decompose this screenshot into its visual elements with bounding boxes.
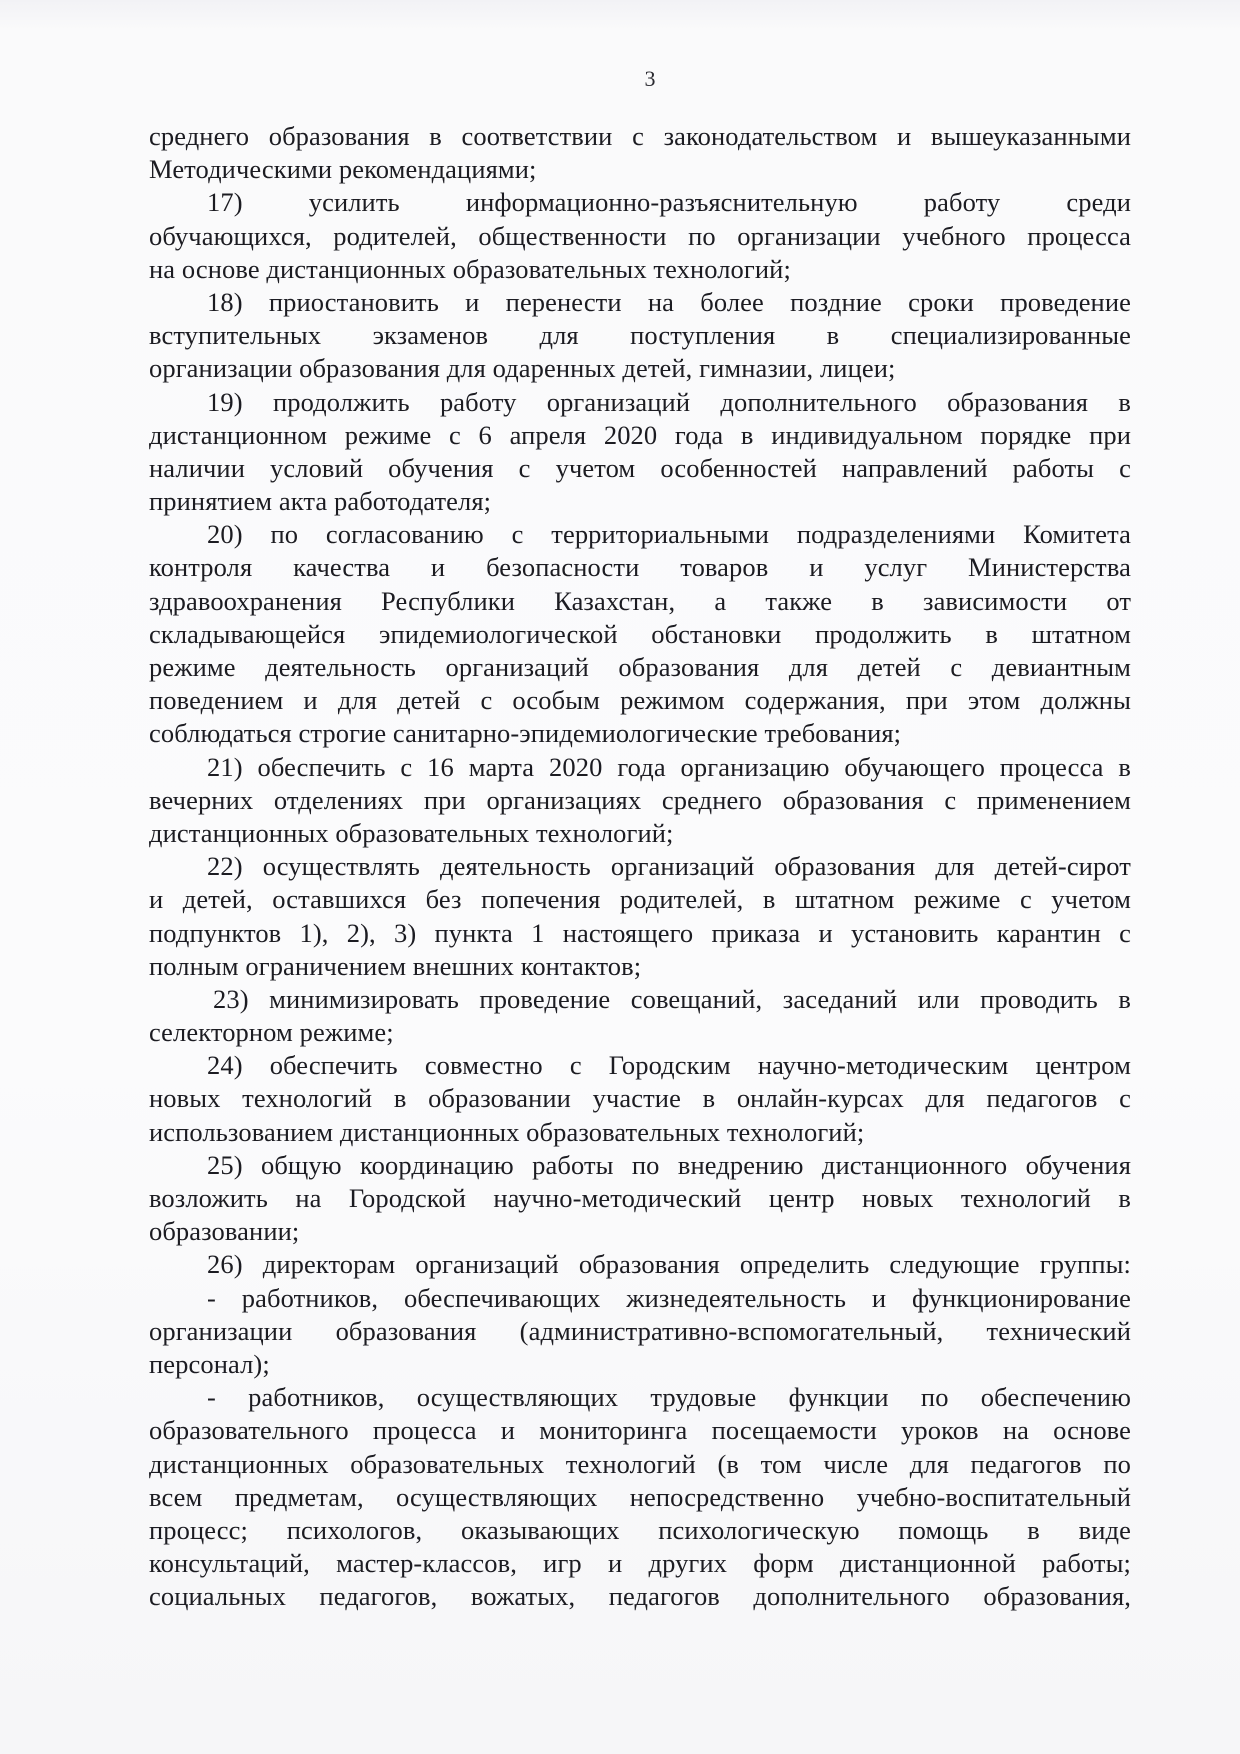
text-line: режиме деятельность организаций образова… bbox=[149, 651, 1131, 684]
text-line: вечерних отделениях при организациях сре… bbox=[149, 784, 1131, 817]
text-line: образовательного процесса и мониторинга … bbox=[149, 1414, 1131, 1447]
text-line: на основе дистанционных образовательных … bbox=[149, 253, 1131, 286]
text-line: соблюдаться строгие санитарно-эпидемиоло… bbox=[149, 717, 1131, 750]
text-line: социальных педагогов, вожатых, педагогов… bbox=[149, 1580, 1131, 1613]
text-line: 24) обеспечить совместно с Городским нау… bbox=[149, 1049, 1131, 1082]
text-line: и детей, оставшихся без попечения родите… bbox=[149, 883, 1131, 916]
text-line: персонал); bbox=[149, 1348, 1131, 1381]
text-line: использованием дистанционных образовател… bbox=[149, 1116, 1131, 1149]
text-line: обучающихся, родителей, общественности п… bbox=[149, 220, 1131, 253]
text-line: 23) минимизировать проведение совещаний,… bbox=[149, 983, 1131, 1016]
text-line: наличии условий обучения с учетом особен… bbox=[149, 452, 1131, 485]
text-line: полным ограничением внешних контактов; bbox=[149, 950, 1131, 983]
text-line: консультаций, мастер-классов, игр и друг… bbox=[149, 1547, 1131, 1580]
text-line: 25) общую координацию работы по внедрени… bbox=[149, 1149, 1131, 1182]
text-line: здравоохранения Республики Казахстан, а … bbox=[149, 585, 1131, 618]
text-line: процесс; психологов, оказывающих психоло… bbox=[149, 1514, 1131, 1547]
text-line: 18) приостановить и перенести на более п… bbox=[149, 286, 1131, 319]
text-line: всем предметам, осуществляющих непосредс… bbox=[149, 1481, 1131, 1514]
text-line: 20) по согласованию с территориальными п… bbox=[149, 518, 1131, 551]
text-line: поведением и для детей с особым режимом … bbox=[149, 684, 1131, 717]
text-line: селекторном режиме; bbox=[149, 1016, 1131, 1049]
text-line: 22) осуществлять деятельность организаци… bbox=[149, 850, 1131, 883]
text-line: Методическими рекомендациями; bbox=[149, 153, 1131, 186]
text-line: 26) директорам организаций образования о… bbox=[149, 1248, 1131, 1281]
text-line: контроля качества и безопасности товаров… bbox=[149, 551, 1131, 584]
text-line: принятием акта работодателя; bbox=[149, 485, 1131, 518]
text-line: 19) продолжить работу организаций дополн… bbox=[149, 386, 1131, 419]
text-line: возложить на Городской научно-методическ… bbox=[149, 1182, 1131, 1215]
text-line: - работников, обеспечивающих жизнедеятел… bbox=[149, 1282, 1131, 1315]
text-line: 21) обеспечить с 16 марта 2020 года орга… bbox=[149, 751, 1131, 784]
text-line: - работников, осуществляющих трудовые фу… bbox=[149, 1381, 1131, 1414]
scanned-document-page: 3 среднего образования в соответствии с … bbox=[0, 0, 1240, 1754]
text-line: организации образования (административно… bbox=[149, 1315, 1131, 1348]
text-line: дистанционных образовательных технологий… bbox=[149, 1448, 1131, 1481]
text-line: дистанционном режиме с 6 апреля 2020 год… bbox=[149, 419, 1131, 452]
text-line: новых технологий в образовании участие в… bbox=[149, 1082, 1131, 1115]
text-line: дистанционных образовательных технологий… bbox=[149, 817, 1131, 850]
text-line: складывающейся эпидемиологической обстан… bbox=[149, 618, 1131, 651]
text-line: подпунктов 1), 2), 3) пункта 1 настоящег… bbox=[149, 917, 1131, 950]
text-line: организации образования для одаренных де… bbox=[149, 352, 1131, 385]
text-line: среднего образования в соответствии с за… bbox=[149, 120, 1131, 153]
text-line: вступительных экзаменов для поступления … bbox=[149, 319, 1131, 352]
text-line: 17) усилить информационно-разъяснительну… bbox=[149, 186, 1131, 219]
page-number: 3 bbox=[0, 66, 1240, 92]
document-body-text: среднего образования в соответствии с за… bbox=[149, 120, 1131, 1613]
text-line: образовании; bbox=[149, 1215, 1131, 1248]
